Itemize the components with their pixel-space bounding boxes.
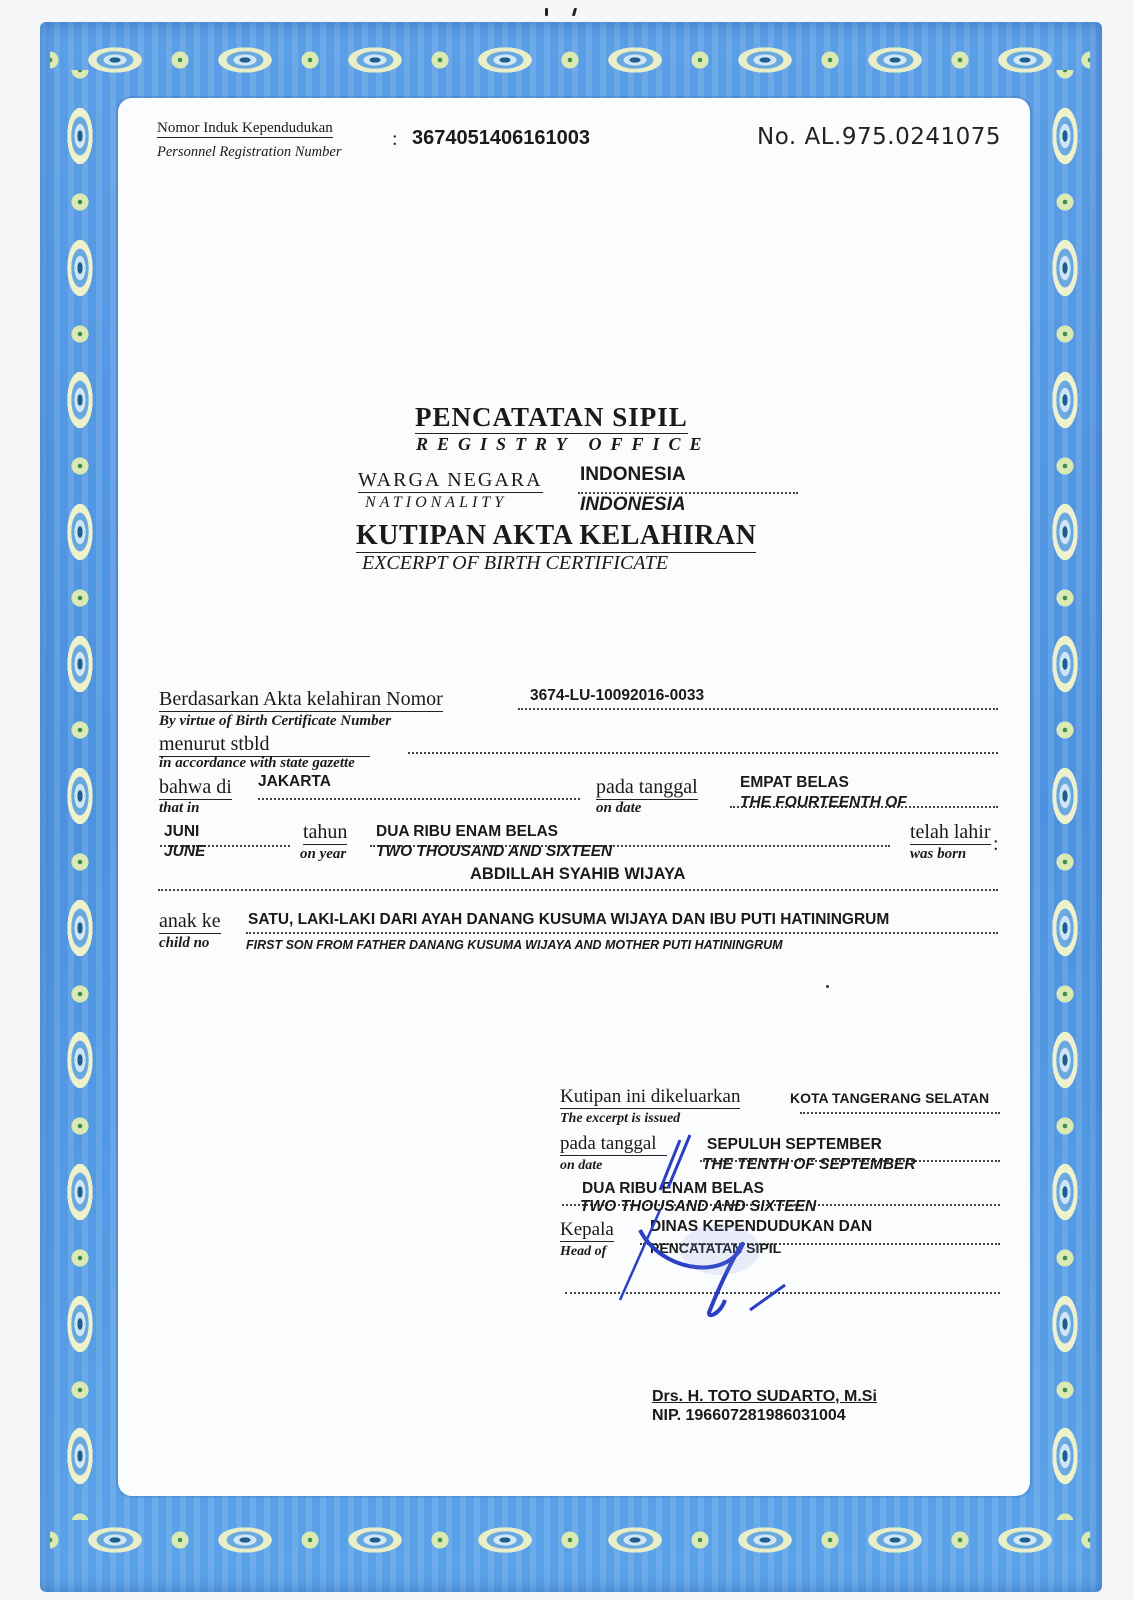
nik-label: Nomor Induk Kependudukan (157, 120, 333, 137)
year-value: DUA RIBU ENAM BELAS (376, 823, 558, 841)
scan-mark (545, 8, 585, 16)
speck (826, 985, 829, 988)
year-label: tahun (303, 821, 347, 844)
nationality-label-en: NATIONALITY (365, 494, 507, 512)
child-no-label-en: child no (159, 935, 209, 952)
dotted-line (246, 932, 998, 934)
child-name: ABDILLAH SYAHIB WIJAYA (470, 865, 685, 884)
date-label: pada tanggal (596, 776, 698, 799)
place-label: bahwa di (159, 776, 232, 799)
certificate-number: No. AL.975.0241075 (757, 124, 1001, 150)
nik-label-en: Personnel Registration Number (157, 144, 341, 161)
issued-label: Kutipan ini dikeluarkan (560, 1086, 740, 1108)
date-label-en: on date (596, 800, 641, 817)
date-value-en: THE FOURTEENTH OF (740, 794, 907, 812)
child-no-value: SATU, LAKI-LAKI DARI AYAH DANANG KUSUMA … (248, 911, 889, 929)
month-value: JUNI (164, 823, 199, 841)
birth-cert-label: Berdasarkan Akta kelahiran Nomor (159, 688, 443, 711)
dotted-line (518, 708, 998, 710)
signatory-nip: NIP. 196607281986031004 (652, 1407, 846, 1425)
ornament-border-right (1030, 70, 1100, 1520)
dotted-line (800, 1112, 1000, 1114)
born-label-en: was born (910, 846, 966, 863)
nationality-value: INDONESIA (580, 464, 686, 486)
office-title: PENCATATAN SIPIL (415, 402, 688, 433)
child-no-value-en: FIRST SON FROM FATHER DANANG KUSUMA WIJA… (246, 938, 783, 952)
place-label-en: that in (159, 800, 199, 817)
stbld-label-en: in accordance with state gazette (159, 755, 355, 772)
dotted-line (258, 798, 580, 800)
birth-cert-label-en: By virtue of Birth Certificate Number (159, 713, 391, 730)
nik-separator: : (392, 128, 398, 151)
issued-value: KOTA TANGERANG SELATAN (790, 1090, 989, 1106)
signature-ink (600, 1130, 820, 1330)
nik-value: 3674051406161003 (412, 127, 590, 150)
dotted-line (158, 889, 998, 891)
nationality-value-en: INDONESIA (580, 494, 686, 516)
date-value: EMPAT BELAS (740, 774, 849, 792)
stbld-label: menurut stbld (159, 733, 370, 756)
issued-label-en: The excerpt is issued (560, 1111, 680, 1127)
dotted-line (408, 752, 998, 754)
year-value-en: TWO THOUSAND AND SIXTEEN (376, 843, 612, 861)
ornament-border-top (50, 30, 1090, 90)
document-title: KUTIPAN AKTA KELAHIRAN (356, 520, 756, 552)
nationality-label: WARGA NEGARA (358, 469, 543, 492)
office-title-en: REGISTRY OFFICE (416, 434, 711, 455)
born-label: telah lahir (910, 821, 991, 844)
birth-cert-value: 3674-LU-10092016-0033 (530, 687, 704, 705)
month-value-en: JUNE (164, 843, 205, 861)
year-label-en: on year (300, 846, 346, 863)
ornament-border-bottom (50, 1505, 1090, 1575)
signatory-name: Drs. H. TOTO SUDARTO, M.Si (652, 1388, 877, 1406)
child-no-label: anak ke (159, 910, 221, 933)
born-colon: : (993, 833, 999, 856)
ornament-border-left (45, 70, 115, 1520)
issued-date-label-en: on date (560, 1158, 602, 1174)
document-title-en: EXCERPT OF BIRTH CERTIFICATE (362, 552, 668, 575)
place-value: JAKARTA (258, 773, 331, 791)
